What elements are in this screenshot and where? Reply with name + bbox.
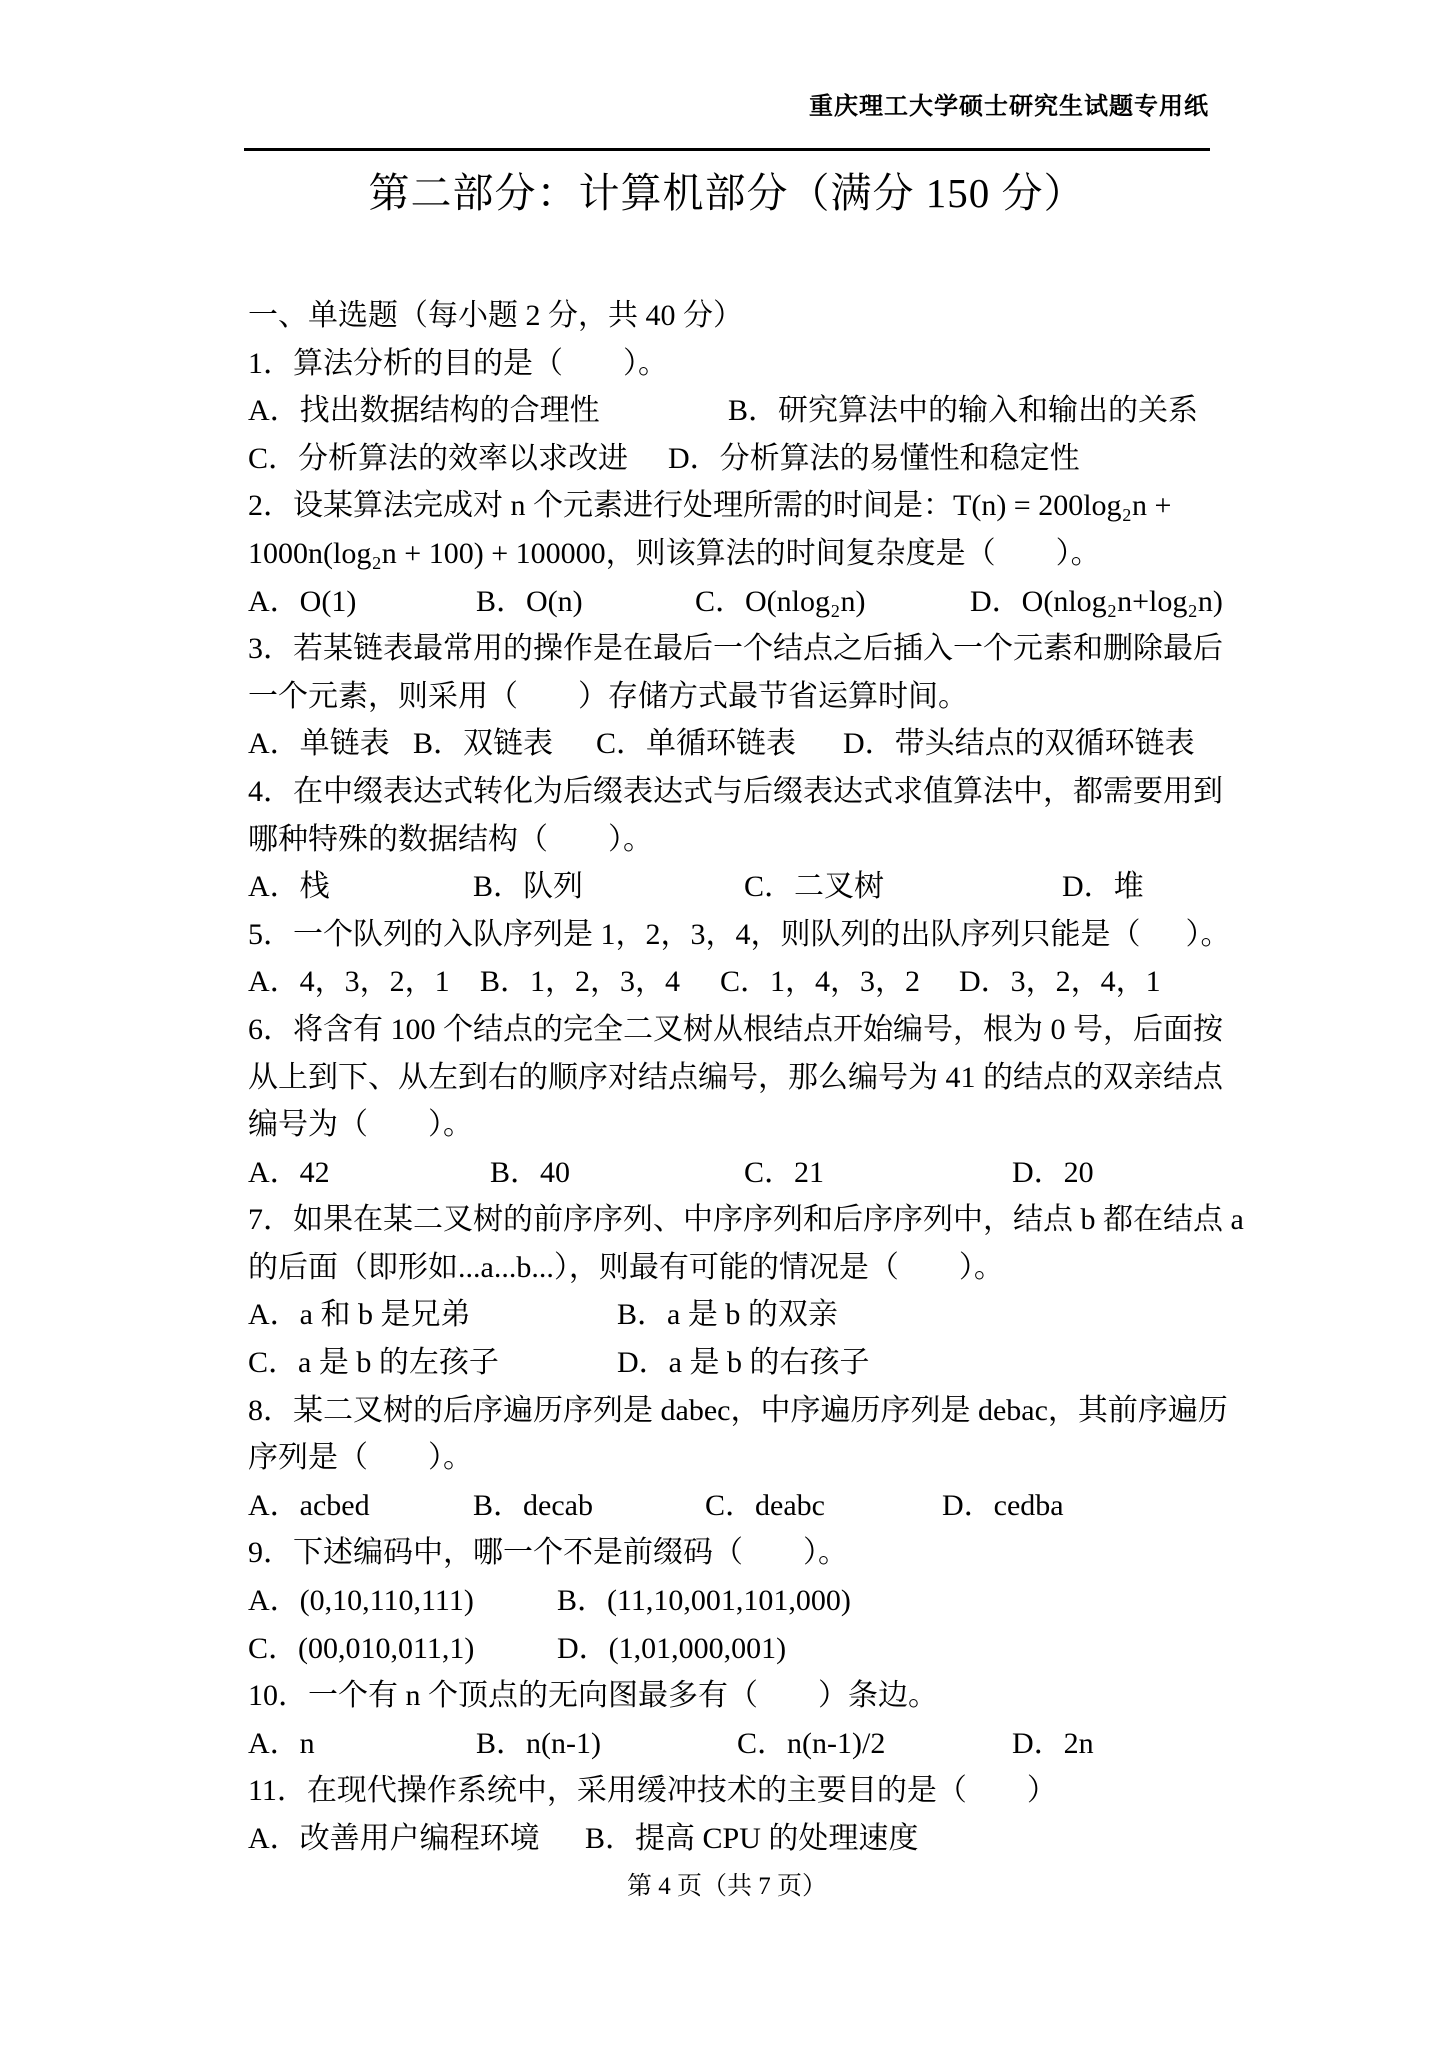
- question-line: 7．如果在某二叉树的前序序列、中序序列和后序序列中，结点 b 都在结点 a: [248, 1196, 1208, 1244]
- options-line: A．(0,10,110,111)B．(11,10,001,101,000): [248, 1577, 1208, 1625]
- option-segment: D．3，2，4，1: [959, 958, 1161, 1006]
- question-line: 的后面（即形如...a...b...），则最有可能的情况是（ ）。: [248, 1244, 1208, 1292]
- option-segment: B．研究算法中的输入和输出的关系: [728, 387, 1198, 435]
- page-header: 重庆理工大学硕士研究生试题专用纸: [809, 86, 1209, 121]
- option-segment: A．O(1): [248, 578, 356, 626]
- header-rule: [244, 148, 1210, 151]
- text-segment: 9．下述编码中，哪一个不是前缀码（ ）。: [248, 1529, 848, 1577]
- options-line: C．a 是 b 的左孩子D．a 是 b 的右孩子: [248, 1339, 1208, 1387]
- option-segment: C．单循环链表: [596, 720, 796, 768]
- question-line: 2．设某算法完成对 n 个元素进行处理所需的时间是：T(n) = 200log₂…: [248, 482, 1208, 530]
- text-segment: 从上到下、从左到右的顺序对结点编号，那么编号为 41 的结点的双亲结点: [248, 1054, 1223, 1102]
- option-segment: C．deabc: [705, 1482, 825, 1530]
- option-segment: A．a 和 b 是兄弟: [248, 1291, 470, 1339]
- option-segment: A．找出数据结构的合理性: [248, 387, 600, 435]
- text-segment: 的后面（即形如...a...b...），则最有可能的情况是（ ）。: [248, 1244, 1004, 1292]
- option-segment: B．队列: [473, 863, 583, 911]
- option-segment: D．堆: [1062, 863, 1144, 911]
- text-segment: 3．若某链表最常用的操作是在最后一个结点之后插入一个元素和删除最后: [248, 625, 1223, 673]
- text-segment: 编号为（ ）。: [248, 1101, 473, 1149]
- option-segment: C．(00,010,011,1): [248, 1625, 474, 1673]
- page-title: 第二部分：计算机部分（满分 150 分）: [244, 160, 1210, 219]
- option-segment: A．acbed: [248, 1482, 370, 1530]
- option-segment: A．改善用户编程环境: [248, 1815, 540, 1863]
- option-segment: D．O(nlog₂n+log₂n): [970, 578, 1223, 626]
- option-segment: B．1，2，3，4: [480, 958, 680, 1006]
- option-segment: D．a 是 b 的右孩子: [617, 1339, 869, 1387]
- option-segment: B．(11,10,001,101,000): [557, 1577, 851, 1625]
- option-segment: B．O(n): [476, 578, 583, 626]
- option-segment: B．n(n-1): [476, 1720, 601, 1768]
- question-line: 8．某二叉树的后序遍历序列是 dabec，中序遍历序列是 debac，其前序遍历: [248, 1387, 1208, 1435]
- options-line: A．改善用户编程环境B．提高 CPU 的处理速度: [248, 1815, 1208, 1863]
- option-segment: C．n(n-1)/2: [737, 1720, 885, 1768]
- text-segment: 1000n(log₂n + 100) + 100000，则该算法的时间复杂度是（…: [248, 530, 1101, 578]
- question-body: 一、单选题（每小题 2 分，共 40 分）1．算法分析的目的是（ ）。A．找出数…: [248, 292, 1208, 1863]
- option-segment: B．decab: [473, 1482, 593, 1530]
- option-segment: A．4，3，2，1: [248, 958, 450, 1006]
- question-line: 编号为（ ）。: [248, 1101, 1208, 1149]
- section-heading-line: 一、单选题（每小题 2 分，共 40 分）: [248, 292, 1208, 340]
- option-segment: A．栈: [248, 863, 330, 911]
- options-line: A．栈B．队列C．二叉树D．堆: [248, 863, 1208, 911]
- option-segment: D．分析算法的易懂性和稳定性: [668, 435, 1080, 483]
- options-line: A．acbedB．decabC．deabcD．cedba: [248, 1482, 1208, 1530]
- option-segment: B．双链表: [413, 720, 553, 768]
- question-line: 1000n(log₂n + 100) + 100000，则该算法的时间复杂度是（…: [248, 530, 1208, 578]
- option-segment: A．(0,10,110,111): [248, 1577, 474, 1625]
- option-segment: C．21: [744, 1149, 824, 1197]
- question-line: 一个元素，则采用（ ）存储方式最节省运算时间。: [248, 673, 1208, 721]
- option-segment: B．提高 CPU 的处理速度: [585, 1815, 918, 1863]
- option-segment: D．cedba: [942, 1482, 1064, 1530]
- option-segment: D．带头结点的双循环链表: [843, 720, 1195, 768]
- option-segment: B．40: [490, 1149, 570, 1197]
- options-line: A．4，3，2，1B．1，2，3，4C．1，4，3，2D．3，2，4，1: [248, 958, 1208, 1006]
- question-line: 6．将含有 100 个结点的完全二叉树从根结点开始编号，根为 0 号，后面按: [248, 1006, 1208, 1054]
- options-line: A．O(1)B．O(n)C．O(nlog₂n)D．O(nlog₂n+log₂n): [248, 578, 1208, 626]
- options-line: A．nB．n(n-1)C．n(n-1)/2D．2n: [248, 1720, 1208, 1768]
- text-segment: 10．一个有 n 个顶点的无向图最多有（ ）条边。: [248, 1672, 938, 1720]
- option-segment: C．a 是 b 的左孩子: [248, 1339, 499, 1387]
- text-segment: 序列是（ ）。: [248, 1434, 473, 1482]
- question-line: 9．下述编码中，哪一个不是前缀码（ ）。: [248, 1529, 1208, 1577]
- exam-page: 重庆理工大学硕士研究生试题专用纸 第二部分：计算机部分（满分 150 分） 一、…: [0, 0, 1449, 2046]
- text-segment: 1．算法分析的目的是（ ）。: [248, 340, 668, 388]
- option-segment: C．分析算法的效率以求改进: [248, 435, 628, 483]
- option-segment: A．单链表: [248, 720, 390, 768]
- options-line: A．a 和 b 是兄弟B．a 是 b 的双亲: [248, 1291, 1208, 1339]
- options-line: A．找出数据结构的合理性B．研究算法中的输入和输出的关系: [248, 387, 1208, 435]
- question-line: 哪种特殊的数据结构（ ）。: [248, 816, 1208, 864]
- text-segment: 4．在中缀表达式转化为后缀表达式与后缀表达式求值算法中，都需要用到: [248, 768, 1223, 816]
- options-line: A．单链表B．双链表C．单循环链表D．带头结点的双循环链表: [248, 720, 1208, 768]
- option-segment: B．a 是 b 的双亲: [617, 1291, 838, 1339]
- text-segment: 哪种特殊的数据结构（ ）。: [248, 816, 653, 864]
- text-segment: 6．将含有 100 个结点的完全二叉树从根结点开始编号，根为 0 号，后面按: [248, 1006, 1223, 1054]
- option-segment: C．1，4，3，2: [720, 958, 920, 1006]
- question-line: 序列是（ ）。: [248, 1434, 1208, 1482]
- question-line: 10．一个有 n 个顶点的无向图最多有（ ）条边。: [248, 1672, 1208, 1720]
- option-segment: A．n: [248, 1720, 315, 1768]
- option-segment: D．(1,01,000,001): [557, 1625, 786, 1673]
- text-segment: 5．一个队列的入队序列是 1，2，3，4，则队列的出队序列只能是（ ）。: [248, 911, 1231, 959]
- text-segment: 7．如果在某二叉树的前序序列、中序序列和后序序列中，结点 b 都在结点 a: [248, 1196, 1244, 1244]
- options-line: C．分析算法的效率以求改进D．分析算法的易懂性和稳定性: [248, 435, 1208, 483]
- text-segment: 一个元素，则采用（ ）存储方式最节省运算时间。: [248, 673, 968, 721]
- text-segment: 2．设某算法完成对 n 个元素进行处理所需的时间是：T(n) = 200log₂…: [248, 482, 1171, 530]
- question-line: 1．算法分析的目的是（ ）。: [248, 340, 1208, 388]
- option-segment: D．20: [1012, 1149, 1094, 1197]
- options-line: C．(00,010,011,1)D．(1,01,000,001): [248, 1625, 1208, 1673]
- question-line: 4．在中缀表达式转化为后缀表达式与后缀表达式求值算法中，都需要用到: [248, 768, 1208, 816]
- text-segment: 一、单选题（每小题 2 分，共 40 分）: [248, 292, 743, 340]
- option-segment: C．O(nlog₂n): [695, 578, 865, 626]
- option-segment: D．2n: [1012, 1720, 1094, 1768]
- text-segment: 8．某二叉树的后序遍历序列是 dabec，中序遍历序列是 debac，其前序遍历: [248, 1387, 1228, 1435]
- page-footer: 第 4 页（共 7 页）: [244, 1866, 1210, 1902]
- question-line: 11．在现代操作系统中，采用缓冲技术的主要目的是（ ）: [248, 1767, 1208, 1815]
- question-line: 从上到下、从左到右的顺序对结点编号，那么编号为 41 的结点的双亲结点: [248, 1054, 1208, 1102]
- question-line: 5．一个队列的入队序列是 1，2，3，4，则队列的出队序列只能是（ ）。: [248, 911, 1208, 959]
- question-line: 3．若某链表最常用的操作是在最后一个结点之后插入一个元素和删除最后: [248, 625, 1208, 673]
- option-segment: C．二叉树: [744, 863, 884, 911]
- option-segment: A．42: [248, 1149, 330, 1197]
- options-line: A．42B．40C．21D．20: [248, 1149, 1208, 1197]
- text-segment: 11．在现代操作系统中，采用缓冲技术的主要目的是（ ）: [248, 1767, 1057, 1815]
